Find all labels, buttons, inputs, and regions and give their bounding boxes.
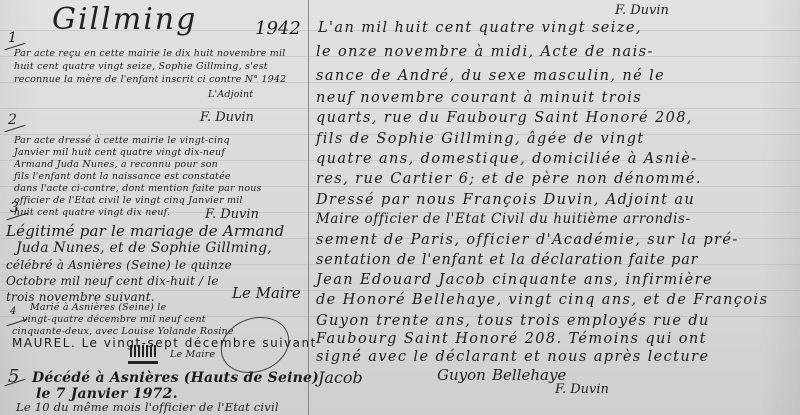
note-5-line: Le 10 du même mois l'officier de l'Etat …: [16, 400, 279, 414]
act-line: sement de Paris, officier d'Académie, su…: [316, 232, 739, 248]
margin-divider: [308, 0, 309, 415]
act-line: le onze novembre à midi, Acte de nais-: [316, 44, 654, 60]
note-3-line: Légitimé par le mariage de Armand: [6, 222, 284, 240]
note-1-line: Par acte reçu en cette mairie le dix hui…: [14, 47, 285, 60]
act-line: Maire officier de l'Etat Civil du huitiè…: [316, 211, 691, 227]
act-initials: F. Duvin: [615, 3, 669, 18]
note-number: 1: [8, 30, 17, 46]
note-2-line: huit cent quatre vingt dix neuf.: [14, 206, 170, 219]
note-3-line: Juda Nunes, et de Sophie Gillming,: [16, 240, 272, 256]
note-3-initials: F. Duvin: [205, 207, 259, 222]
note-1-line: huit cent quatre vingt seize, Sophie Gil…: [14, 60, 268, 73]
act-line: L'an mil huit cent quatre vingt seize,: [318, 20, 642, 36]
act-line: sance de André, du sexe masculin, né le: [316, 68, 665, 84]
signature-guyon: Guyon: [437, 366, 486, 384]
note-3-line: Octobre mil neuf cent dix-huit / le: [6, 274, 219, 288]
signature-duvin: F. Duvin: [555, 382, 609, 397]
act-line: signé avec le déclarant et nous après le…: [316, 349, 709, 365]
ruled-line: [0, 108, 800, 109]
note-3-signature: Le Maire: [232, 284, 301, 302]
margin-year: 1942: [255, 18, 301, 39]
note-4-signature: Le Maire: [170, 348, 215, 361]
paraph-signature-icon: [128, 345, 158, 364]
act-line: res, rue Cartier 6; et de père non dénom…: [316, 171, 702, 187]
act-line: Jean Edouard Jacob cinquante ans, infirm…: [316, 272, 713, 288]
act-line: quatre ans, domestique, domiciliée à Asn…: [316, 151, 698, 167]
act-line: neuf novembre courant à minuit trois: [316, 90, 642, 106]
margin-surname: Gillming: [52, 2, 197, 37]
note-number: 2: [8, 112, 17, 128]
note-5-line: Décédé à Asnières (Hauts de Seine): [32, 370, 319, 386]
note-1-signature: L'Adjoint: [208, 88, 253, 101]
act-line: sentation de l'enfant et la déclaration …: [316, 252, 698, 268]
note-number: 4: [10, 306, 16, 317]
act-line: Faubourg Saint Honoré 208. Témoins qui o…: [316, 331, 707, 347]
act-line: quarts, rue du Faubourg Saint Honoré 208…: [316, 110, 693, 126]
act-line: Dressé par nous François Duvin, Adjoint …: [316, 192, 695, 208]
note-number: 3: [10, 200, 19, 216]
registry-page: Gillming 1942 1 Par acte reçu en cette m…: [0, 0, 800, 415]
act-line: Guyon trente ans, tous trois employés ru…: [316, 313, 710, 329]
note-1-line: reconnue la mère de l'enfant inscrit ci …: [14, 73, 286, 86]
act-line: de Honoré Bellehaye, vingt cinq ans, et …: [316, 292, 768, 308]
note-2-initials: F. Duvin: [200, 110, 254, 125]
signature-jacob: Jacob: [318, 368, 363, 387]
note-number: 5: [8, 366, 19, 387]
note-3-line: célébré à Asnières (Seine) le quinze: [6, 258, 232, 272]
act-line: fils de Sophie Gillming, âgée de vingt: [316, 131, 645, 147]
